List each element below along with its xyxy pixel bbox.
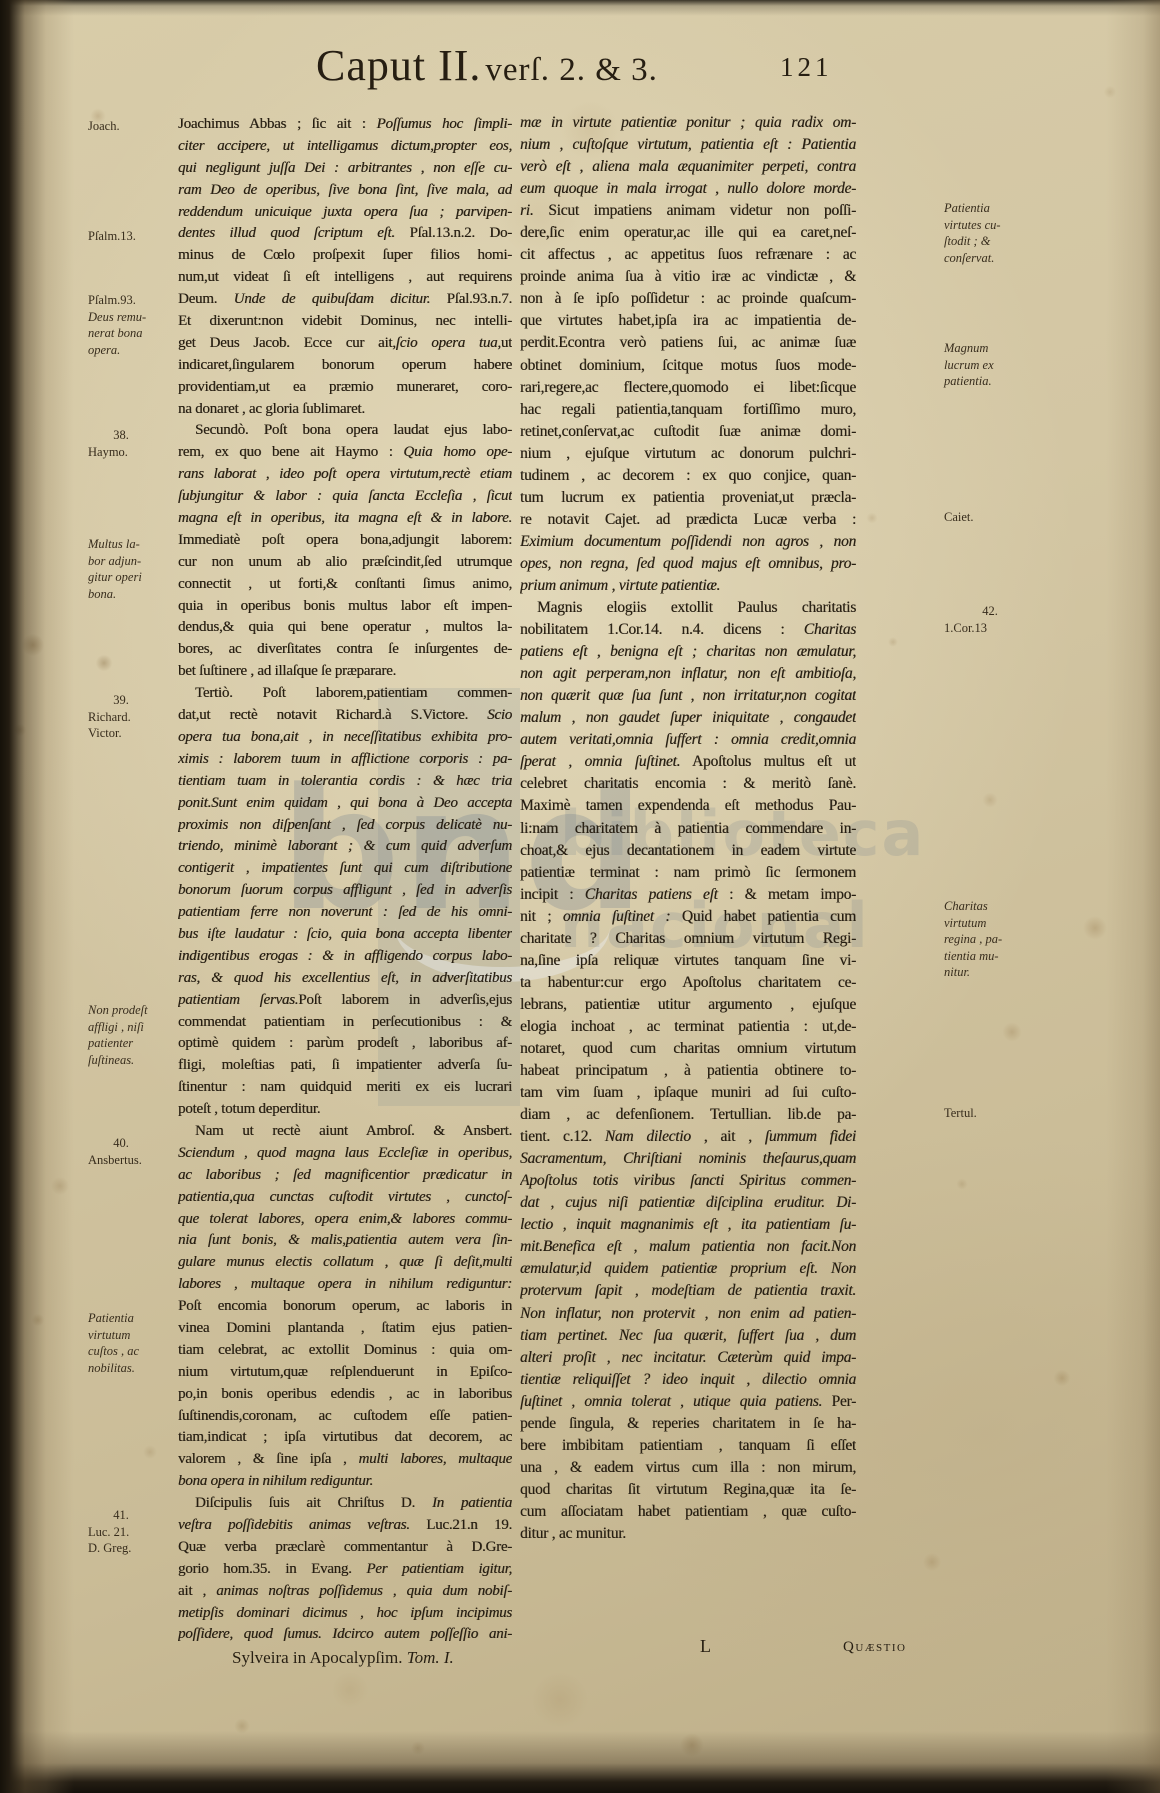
text-line: fligi, moleſtias pati, ſi impatienter ad… [178,1055,512,1077]
text-line: Non inflatur, non protervit , non enim a… [520,1303,856,1325]
margin-note-line: Patientia [944,200,1062,217]
text-line: dat,ut rectè notavit Richard.à S.Victore… [178,705,512,727]
text-line: non quærit quæ ſua ſunt , non irritatur,… [520,685,856,707]
margin-note: Charitasvirtutumregina , pa-tientia mu-n… [944,898,1062,981]
margin-note-line: 38. [88,427,180,444]
margin-note-line: Tertul. [944,1105,1062,1122]
text-line: charitate ? Charitas omnium virtutum Reg… [520,928,856,950]
margin-note-line: virtutes cu- [944,217,1062,234]
text-line: patientiam ſervas.Poſt laborem in adverſ… [178,990,512,1012]
margin-note-line: nobilitas. [88,1360,180,1377]
text-line: lectio , inquit magnanimis eſt , ita pat… [520,1214,856,1236]
margin-note-line: ſuſtineas. [88,1052,180,1069]
text-line: nit ; omnia ſuſtinet : Quid habet patien… [520,906,856,928]
margin-note-line: Luc. 21. [88,1524,180,1541]
text-line: Immediatè poſt opera bona,adjungit labor… [178,530,512,552]
margin-note-line: Non prodeſt [88,1002,180,1019]
text-line: Magnis elogiis extollit Paulus charitati… [520,597,856,619]
text-line: rem, ex quo bene ait Haymo : Quia homo o… [178,442,512,464]
text-line: proinde anima ſua à vitio iræ ac vindict… [520,266,856,288]
text-line: providentiam,ut ea præmio muneraret, cor… [178,377,512,399]
text-line: ras, & quod his excellentius eſt, in adv… [178,968,512,990]
text-line: dere,ſic enim operatur,ac ille qui ea ca… [520,222,856,244]
text-line: Sacramentum, Chriſtiani nominis theſauru… [520,1148,856,1170]
footer-imprint-volume: Tom. I. [407,1648,454,1667]
text-line: prium animum , virtute patientiæ. [520,575,856,597]
text-line: obtinet dominium, ſcitque motus ſuos mod… [520,355,856,377]
text-line: una , & eadem virtus cum illa : non miru… [520,1457,856,1479]
margin-note-line: Magnum [944,340,1062,357]
text-line: que tolerat labores, opera enim,& labore… [178,1209,512,1231]
gathering-signature: L [700,1636,711,1657]
text-line: perdit.Econtra verò patiens ſui, ac anim… [520,332,856,354]
margin-note: Pſalm.13. [88,228,180,245]
text-line: tient. c.12. Nam dilectio , ait , ſummum… [520,1126,856,1148]
margin-note-line: nitur. [944,964,1062,981]
text-line: optimè quidem : parùm prodeſt , laboribu… [178,1033,512,1055]
margin-note: Patientiavirtutumcuſtos , acnobilitas. [88,1310,180,1376]
text-line: metipſis dominari dicimus , hoc ipſum in… [178,1603,512,1625]
text-line: patientiæ terminat : nam primò ſic ſermo… [520,862,856,884]
margin-note-line: 41. [88,1507,180,1524]
margin-note-line: affligi , niſi [88,1019,180,1036]
footer-imprint: Sylveira in Apocalypſim. Tom. I. [232,1648,454,1668]
text-line: re notavit Cajet. ad prædicta Lucæ verba… [520,509,856,531]
right-margin-notes: Patientiavirtutes cu-ſtodit ; &conſervat… [944,0,1062,1793]
text-line: bet ſuſtinere , ad illaſque ſe præparare… [178,661,512,683]
text-line: lebrans, patientiæ utitur argumento , ej… [520,994,856,1016]
margin-note-line: virtutum [944,915,1062,932]
text-line: verò eſt , aliena mala æquanimiter perpe… [520,156,856,178]
text-line: autem veritati,omnia ſuffert : omnia cre… [520,729,856,751]
text-line: tudinem , ac decorem : ex quo conjice, q… [520,465,856,487]
text-line: elogia inchoat , ac terminat patientia :… [520,1016,856,1038]
text-line: poteſt , totum deperditur. [178,1099,512,1121]
text-line: Joachimus Abbas ; ſic ait : Poſſumus hoc… [178,114,512,136]
margin-note: 38.Haymo. [88,427,180,460]
margin-note-line: Ansbertus. [88,1152,180,1169]
text-line: rari,regere,ac flectere,quomodo ei libet… [520,377,856,399]
text-line: ait , animas noſtras poſſidemus , quia d… [178,1581,512,1603]
margin-note-line: patienter [88,1035,180,1052]
text-line: get Deus Jacob. Ecce cur ait,ſcio opera … [178,333,512,355]
margin-note-line: bona. [88,586,180,603]
margin-note-line: nerat bona [88,325,180,342]
text-line: patiens eſt , benigna eſt ; charitas non… [520,641,856,663]
text-line: opera tua bona,ait , in neceſſitatibus e… [178,727,512,749]
text-line: tiam pertinet. Nec ſua quærit, ſuffert ſ… [520,1325,856,1347]
text-line: habeat principatum , à patientia obtiner… [520,1060,856,1082]
text-line: qui negligunt juſſa Dei : arbitrantes , … [178,158,512,180]
text-line: ſtinentur : nam quidquid meriti ex eis l… [178,1077,512,1099]
margin-note-line: regina , pa- [944,931,1062,948]
footer-imprint-roman: Sylveira in Apocalypſim. [232,1648,407,1667]
text-column-left: Joachimus Abbas ; ſic ait : Poſſumus hoc… [178,114,512,1646]
margin-note-line: bor adjun- [88,553,180,570]
page-number: 121 [780,52,833,83]
text-line: tam vim ſuam , ipſaque muniri ad ſui cuſ… [520,1082,856,1104]
text-line: ſubjungitur & labor : quia ſancta Eccleſ… [178,486,512,508]
chapter-title: Caput II. verſ. 2. & 3. [316,40,658,91]
text-line: ſperat , omnia ſuſtinet. Apoſtolus multu… [520,751,856,773]
text-line: notaret, quod cum charitas omnium virtut… [520,1038,856,1060]
text-line: mit.Benefica eſt , malum patientia non f… [520,1236,856,1258]
margin-note-line: 1.Cor.13 [944,620,1062,637]
text-line: contigerit , impatientes ſunt qui cum di… [178,858,512,880]
margin-note-line: virtutum [88,1327,180,1344]
text-line: indicaret,ſingularem bonorum operum habe… [178,355,512,377]
text-line: dat , cujus niſi patientiæ diſciplina er… [520,1192,856,1214]
text-line: Poſt encomia bonorum operum, ac laboris … [178,1296,512,1318]
text-line: cur non unum ab alio præſcindit,ſed utru… [178,552,512,574]
text-line: non à ſe ipſo poſſidetur : ac proinde qu… [520,288,856,310]
margin-note-line: Richard. [88,709,180,726]
text-line: Deum. Unde de quibuſdam dicitur. Pſal.93… [178,289,512,311]
text-line: proximis non diſpenſant , ſed corpus del… [178,815,512,837]
text-line: Sciendum , quod magna laus Eccleſiæ in o… [178,1143,512,1165]
margin-note: 40.Ansbertus. [88,1135,180,1168]
text-line: incipit : Charitas patiens eſt : & metam… [520,884,856,906]
text-line: ta habentur:cur ergo Apoſtolus charitate… [520,972,856,994]
margin-note: 41.Luc. 21.D. Greg. [88,1507,180,1557]
text-line: labores , multaque opera in nihilum redi… [178,1274,512,1296]
text-line: pende ſingula, & reperies charitatem in … [520,1413,856,1435]
text-line: num,ut videat ſi eſt intelligens , aut r… [178,267,512,289]
text-line: po,in bonis operibus edendis , ac in lab… [178,1384,512,1406]
text-line: cit affectus , ac appetitus ſuos refræna… [520,244,856,266]
text-line: gorio hom.35. in Evang. Per patientiam i… [178,1559,512,1581]
margin-note: Multus la-bor adjun-gitur operibona. [88,536,180,602]
text-line: veſtra poſſidebitis animas veſtras. Luc.… [178,1515,512,1537]
margin-note-line: Haymo. [88,444,180,461]
text-line: na,ſine ipſa reliquæ virtutes tanquam ſi… [520,950,856,972]
text-line: ac laboribus ; ſed magnificentior prædic… [178,1165,512,1187]
text-line: retinet,conſervat,ac cuſtodit ſuæ animæ … [520,421,856,443]
text-line: hac regali patientia,tanquam fortiſſimo … [520,399,856,421]
margin-note-line: Deus remu- [88,309,180,326]
text-column-right: mæ in virtute patientiæ ponitur ; quia r… [520,112,856,1545]
text-line: Nam ut rectè aiunt Ambroſ. & Ansbert. [178,1121,512,1143]
text-line: alteri proſit , nec incitatur. Cæterùm q… [520,1347,856,1369]
text-line: nium , cuſtoſque virtutum, patientia eſt… [520,134,856,156]
text-line: connectit , ut forti,& conſtanti ſimus a… [178,574,512,596]
margin-note-line: Caiet. [944,509,1062,526]
margin-note: Caiet. [944,509,1062,526]
margin-note-line: 40. [88,1135,180,1152]
margin-note-line: Charitas [944,898,1062,915]
text-line: commendat patientiam in perſecutionibus … [178,1012,512,1034]
text-line: ſuſtinendis,coronam, ac cuſtodem eſſe pa… [178,1406,512,1428]
text-line: patientiam ferre non noverunt : ſed de h… [178,902,512,924]
margin-note-line: D. Greg. [88,1540,180,1557]
text-line: cum aſſociatam habet patientiam , quæ cu… [520,1501,856,1523]
margin-note-line: 39. [88,692,180,709]
margin-note: Magnumlucrum expatientia. [944,340,1062,390]
text-line: gulare munus electis collatum , quæ ſi d… [178,1252,512,1274]
text-line: protervum ſapit , modeſtiam de patientia… [520,1280,856,1302]
text-line: citer accipere, ut intelligamus dictum,p… [178,136,512,158]
text-line: Apoſtolus totis viribus ſancti Spiritus … [520,1170,856,1192]
margin-note: Tertul. [944,1105,1062,1122]
margin-note-line: ſtodit ; & [944,233,1062,250]
text-line: reddendum unicuique juxta opera ſua ; pa… [178,202,512,224]
margin-note-line: Multus la- [88,536,180,553]
text-line: ponit.Sunt enim quidam , qui bona à Deo … [178,793,512,815]
text-line: ri. Sicut impatiens animam videtur non p… [520,200,856,222]
text-line: non agit perperam,non inflatur, non eſt … [520,663,856,685]
text-line: que virtutes habet,ipſa ira ac impatient… [520,310,856,332]
text-line: æmulatur,id quidem patientiæ proprium eſ… [520,1258,856,1280]
margin-note-line: tientia mu- [944,948,1062,965]
margin-note-line: patientia. [944,373,1062,390]
text-line: eum quoque in mala irrogat , nullo dolor… [520,178,856,200]
text-line: indigentibus erogas : & in affligendo co… [178,946,512,968]
text-line: opes, non regna, ſed quod majus eſt omni… [520,553,856,575]
text-line: na donaret , ac gloria ſublimaret. [178,399,512,421]
margin-note-line: 42. [944,603,1062,620]
text-line: nia ſunt bonis, & malis,patientia autem … [178,1230,512,1252]
text-line: dendus,& quia qui bene operatur , multos… [178,617,512,639]
text-line: nium , ejuſque virtutum ac donorum pulch… [520,443,856,465]
left-margin-notes: Joach.Pſalm.13.Pſalm.93.Deus remu-nerat … [88,0,180,1793]
margin-note: Patientiavirtutes cu-ſtodit ; &conſervat… [944,200,1062,266]
text-line: magna eſt in operibus, ita magna eſt & i… [178,508,512,530]
text-line: Maximè tamen expendenda eſt methodus Pau… [520,795,856,817]
margin-note: Joach. [88,118,180,135]
margin-note-line: conſervat. [944,250,1062,267]
text-line: nium virtutum,quæ reſplenduerunt in Epiſ… [178,1362,512,1384]
margin-note: 42.1.Cor.13 [944,603,1062,636]
text-line: li:nam charitatem à patientia commendare… [520,818,856,840]
book-page-scan: bnd biblioteca nacional Caput II. verſ. … [0,0,1160,1793]
text-line: mæ in virtute patientiæ ponitur ; quia r… [520,112,856,134]
text-line: ſuſtinet , omnia tolerat , utique quia p… [520,1391,856,1413]
text-line: vinea Domini plantanda , ſtatim ejus pat… [178,1318,512,1340]
text-line: Diſcipulis ſuis ait Chriſtus D. In patie… [178,1493,512,1515]
text-line: nobilitatem 1.Cor.14. n.4. dicens : Char… [520,619,856,641]
margin-note-line: Pſalm.93. [88,292,180,309]
text-line: tum lucrum ex patientia proveniat,ut præ… [520,487,856,509]
text-line: dentes illud quod ſcriptum eſt. Pſal.13.… [178,223,512,245]
margin-note-line: lucrum ex [944,357,1062,374]
text-line: Secundò. Poſt bona opera laudat ejus lab… [178,420,512,442]
text-line: tiam,indicat ; ipſa virtutibus dat decor… [178,1427,512,1449]
text-line: tientiam tuam in tolerantia cordis : & h… [178,771,512,793]
text-line: poſſidere, quod ſumus. Idcirco autem poſ… [178,1624,512,1646]
text-line: celebret charitatis encomia : & meritò ſ… [520,773,856,795]
text-line: bere imbibitam patientiam , tanquam ſi e… [520,1435,856,1457]
text-line: minus de Cœlo proſpexit ſuper filios hom… [178,245,512,267]
text-line: choat,& ejus decantationem in eadem virt… [520,840,856,862]
margin-note-line: gitur operi [88,569,180,586]
text-line: Eximium documentum poſſidendi non agros … [520,531,856,553]
chapter-title-main: Caput II. [316,41,481,90]
text-line: rans laborat , ideo poſt opera virtutum,… [178,464,512,486]
text-line: bonorum ſuorum corpus affligunt , ſed in… [178,880,512,902]
chapter-title-verse: verſ. 2. & 3. [485,52,657,88]
text-line: Quæ verba præclarè commentantur à D.Gre- [178,1537,512,1559]
margin-note-line: Pſalm.13. [88,228,180,245]
text-line: Tertiò. Poſt laborem,patientiam commen- [178,683,512,705]
margin-note-line: cuſtos , ac [88,1343,180,1360]
text-line: ditur , ac munitur. [520,1523,856,1545]
text-line: quod charitas ſit virtutum Regina,quæ it… [520,1479,856,1501]
margin-note: 39.Richard.Victor. [88,692,180,742]
margin-note: Non prodeſtaffligi , niſipatienterſuſtin… [88,1002,180,1068]
text-line: bores, ac diverſitates contra ſe inſurge… [178,639,512,661]
text-line: tiam celebrat, ac extollit Dominus : qui… [178,1340,512,1362]
margin-note: Pſalm.93.Deus remu-nerat bonaopera. [88,292,180,358]
text-line: Et dixerunt:non videbit Dominus, nec int… [178,311,512,333]
catchword: Quæstio [843,1639,907,1656]
text-line: bus iſte laudatur : ſcio, quia bona acce… [178,924,512,946]
margin-note-line: Patientia [88,1310,180,1327]
text-line: tientiæ reliquiſſet ? ideo inquit , dile… [520,1369,856,1391]
text-line: quia in operibus bonis multus labor eſt … [178,596,512,618]
text-line: ximis : laborem tuum in afflictione corp… [178,749,512,771]
margin-note-line: Victor. [88,725,180,742]
text-line: patientia,qua cunctas cuſtodit virtutes … [178,1187,512,1209]
text-line: diam , ac defenſionem. Tertullian. lib.d… [520,1104,856,1126]
text-line: valorem , & ſine ipſa , multi labores, m… [178,1449,512,1471]
text-line: ram Deo de operibus, ſive bona ſint, ſiv… [178,180,512,202]
text-line: malum , non gaudet ſuper iniquitate , co… [520,707,856,729]
text-line: triendo, minimè laborant ; & cum quid ad… [178,836,512,858]
text-line: bona opera in nihilum rediguntur. [178,1471,512,1493]
margin-note-line: opera. [88,342,180,359]
margin-note-line: Joach. [88,118,180,135]
